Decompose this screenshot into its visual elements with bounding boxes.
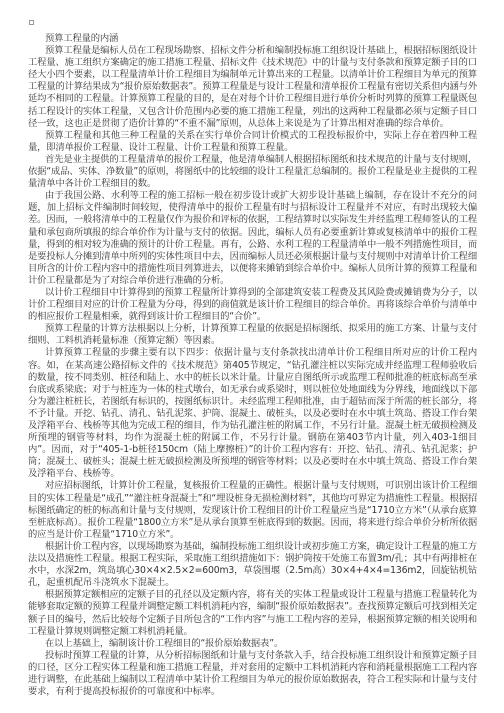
- paragraph-data-table: 在以上基础上，编制该计价工程细目的“报价原始数据表”。: [28, 638, 477, 650]
- paragraph-conclusion: 投标时预算工程量的计算，从分析招标图纸和计量与支付条款入手，结合投标施工组织设计…: [28, 650, 477, 698]
- paragraph-bid-quantity: 首先是业主提供的工程量清单的报价工程量，他是清单编制人根据招标图纸和技术规范的计…: [28, 154, 477, 190]
- paragraph-background: 由于我国公路、水利等工程的施工招标一般在初步设计或扩大初步设计基础上编制，存在设…: [28, 190, 477, 287]
- paragraph-steps: 计算预算工程量的步骤主要有以下四步：依据计量与支付条款找出清单计价工程细目所对应…: [28, 347, 477, 480]
- document-page: 预算工程量的内涵 预算工程量是编标人员在工程现场勘察、招标文件分析和编制投标施工…: [28, 20, 477, 698]
- paragraph-verify: 对应招标图纸，计算计价工程量，复核报价工程量的正确性。根据计量与支付规则，可识别…: [28, 480, 477, 540]
- paragraph-unit-price: 以计价工程细目中计算得到的预算工程量所计算得到的全部建筑安装工程费及其风险费或摊…: [28, 287, 477, 323]
- paragraph-relationship: 预算工程量和其他三种工程量的关系在实行单价合同计价模式的工程投标报价中，实际上存…: [28, 130, 477, 154]
- paragraph-quota-conversion: 根据预算定额相应的定额子目的孔径以及定额内容，将有关的实体工程量或设计工程量与措…: [28, 589, 477, 637]
- paragraph-construction-plan: 根据计价工程内容，以现场勘察为基础，编制投标施工组织设计或初步施工方案，确定设计…: [28, 541, 477, 589]
- square-bullet-icon: [29, 20, 34, 25]
- paragraph-method: 预算工程量的计算方法根据以上分析，计算预算工程量的依据是招标图纸、拟采用的施工方…: [28, 323, 477, 347]
- document-title: 预算工程量的内涵: [28, 33, 477, 45]
- paragraph-definition: 预算工程量是编标人员在工程现场勘察、招标文件分析和编制投标施工组织设计基础上，根…: [28, 45, 477, 130]
